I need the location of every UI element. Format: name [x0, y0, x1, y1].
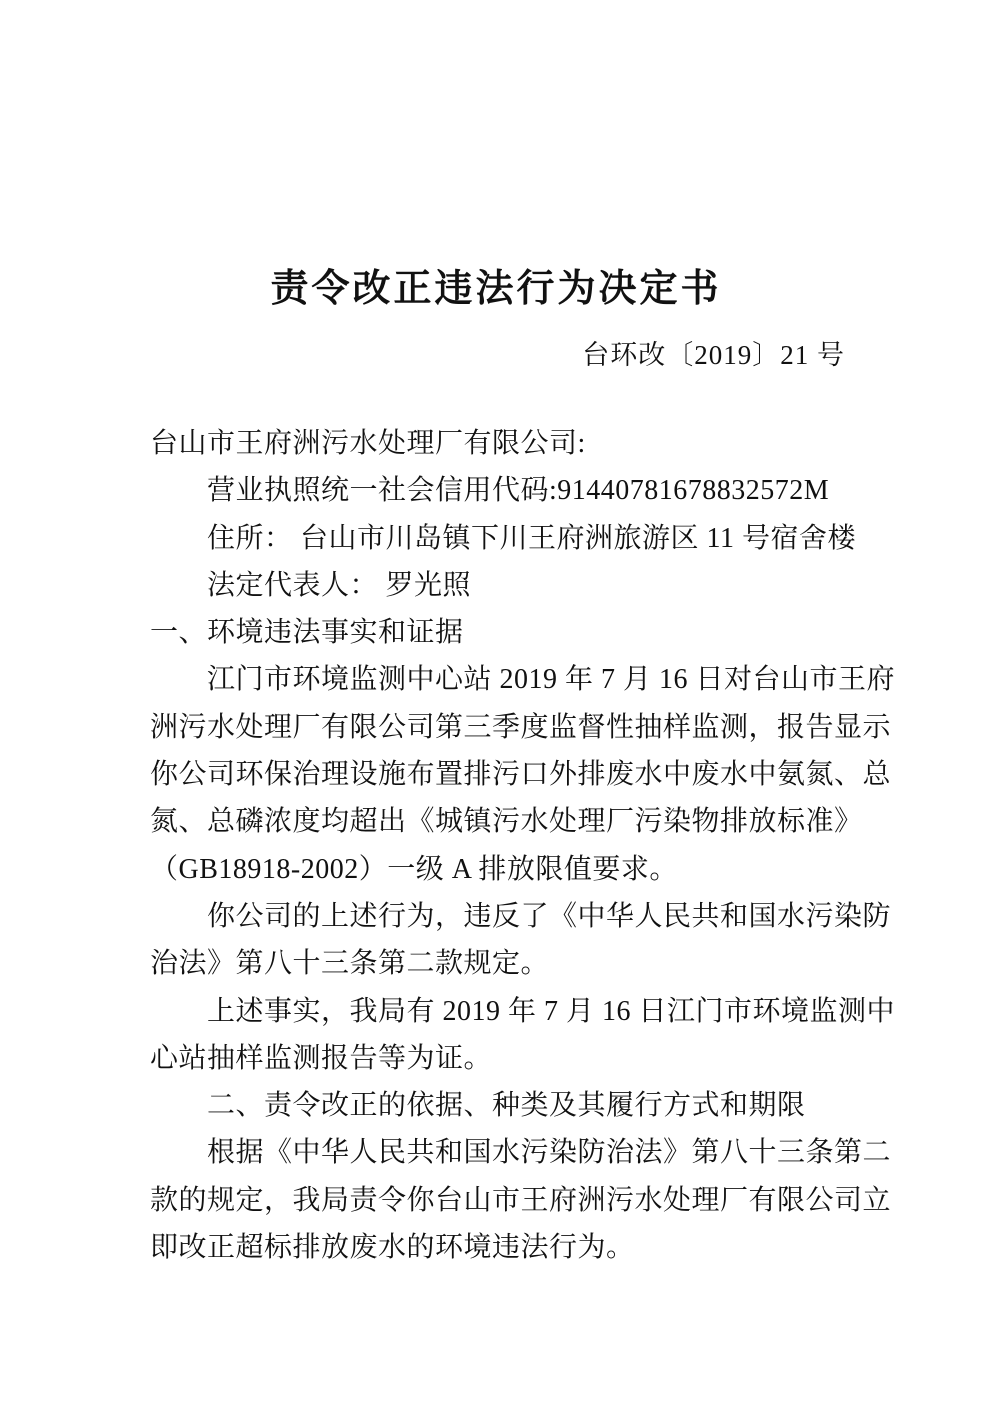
- document-title: 责令改正违法行为决定书: [0, 267, 992, 313]
- body-line: 心站抽样监测报告等为证。: [150, 1035, 850, 1082]
- recipient-line: 台山市王府洲污水处理厂有限公司:: [150, 420, 850, 467]
- body-line: 款的规定，我局责令你台山市王府洲污水处理厂有限公司立: [150, 1177, 850, 1224]
- body-line: 根据《中华人民共和国水污染防治法》第八十三条第二: [150, 1129, 850, 1176]
- section-2-heading: 二、责令改正的依据、种类及其履行方式和期限: [150, 1082, 850, 1129]
- document-body: 台山市王府洲污水处理厂有限公司: 营业执照统一社会信用代码:9144078167…: [150, 420, 850, 1271]
- body-line: （GB18918-2002）一级 A 排放限值要求。: [150, 846, 850, 893]
- legal-representative-line: 法定代表人： 罗光照: [150, 562, 850, 609]
- section-1-heading: 一、环境违法事实和证据: [150, 609, 850, 656]
- body-line: 江门市环境监测中心站 2019 年 7 月 16 日对台山市王府: [150, 656, 850, 703]
- body-line: 即改正超标排放废水的环境违法行为。: [150, 1224, 850, 1271]
- body-line: 你公司环保治理设施布置排污口外排废水中废水中氨氮、总: [150, 751, 850, 798]
- body-line: 你公司的上述行为，违反了《中华人民共和国水污染防: [150, 893, 850, 940]
- body-line: 氮、总磷浓度均超出《城镇污水处理厂污染物排放标准》: [150, 798, 850, 845]
- document-number: 台环改〔2019〕21 号: [582, 340, 845, 371]
- document-page: 责令改正违法行为决定书 台环改〔2019〕21 号 台山市王府洲污水处理厂有限公…: [0, 0, 992, 1403]
- body-line: 上述事实，我局有 2019 年 7 月 16 日江门市环境监测中: [150, 988, 850, 1035]
- body-line: 洲污水处理厂有限公司第三季度监督性抽样监测，报告显示: [150, 704, 850, 751]
- body-line: 治法》第八十三条第二款规定。: [150, 940, 850, 987]
- credit-code-line: 营业执照统一社会信用代码:91440781678832572M: [150, 467, 850, 514]
- address-line: 住所： 台山市川岛镇下川王府洲旅游区 11 号宿舍楼: [150, 515, 850, 562]
